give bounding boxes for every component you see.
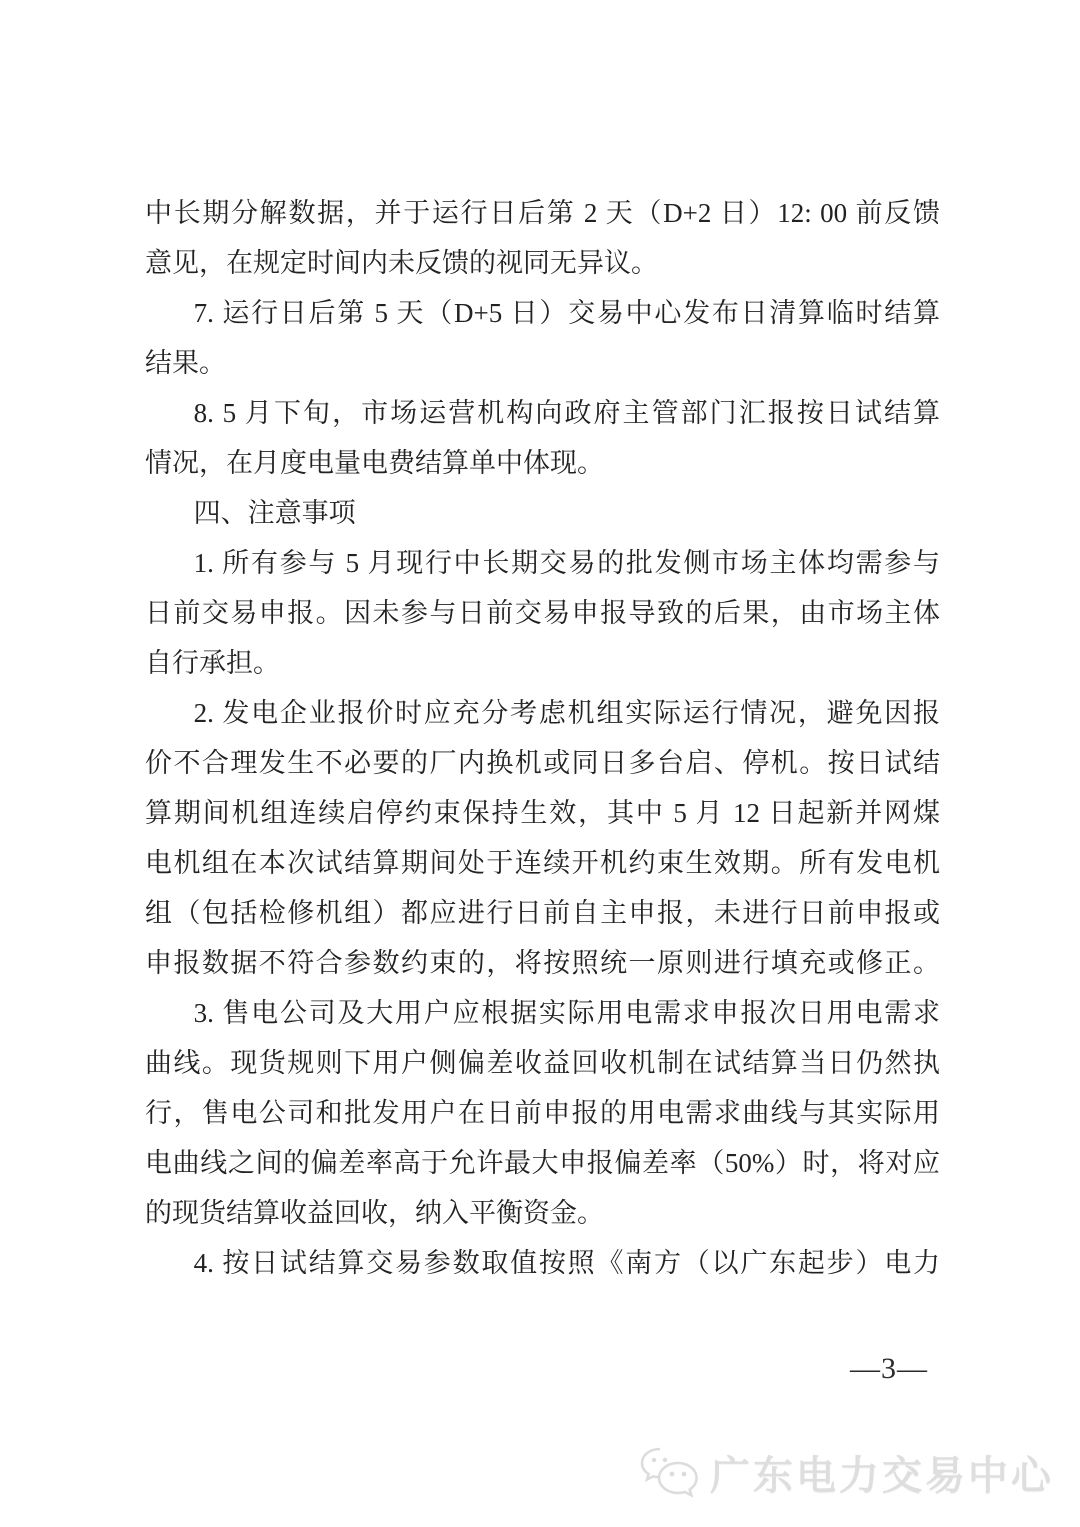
- text-line: 的现货结算收益回收，纳入平衡资金。: [145, 1188, 940, 1238]
- document-page: 中长期分解数据，并于运行日后第 2 天（D+2 日）12: 00 前反馈意见，在…: [0, 0, 1080, 1527]
- text-line: 四、注意事项: [145, 488, 940, 538]
- text-line: 意见，在规定时间内未反馈的视同无异议。: [145, 238, 940, 288]
- text-line: 曲线。现货规则下用户侧偏差收益回收机制在试结算当日仍然执: [145, 1038, 940, 1088]
- text-line: 1. 所有参与 5 月现行中长期交易的批发侧市场主体均需参与: [145, 538, 940, 588]
- text-line: 3. 售电公司及大用户应根据实际用电需求申报次日用电需求: [145, 988, 940, 1038]
- watermark-label: 广东电力交易中心: [710, 1444, 1054, 1501]
- text-line: 算期间机组连续启停约束保持生效，其中 5 月 12 日起新并网煤: [145, 788, 940, 838]
- footer-watermark: 广东电力交易中心: [638, 1444, 1054, 1501]
- text-line: 2. 发电企业报价时应充分考虑机组实际运行情况，避免因报: [145, 688, 940, 738]
- text-line: 组（包括检修机组）都应进行日前自主申报，未进行日前申报或: [145, 888, 940, 938]
- text-line: 结果。: [145, 338, 940, 388]
- text-line: 电曲线之间的偏差率高于允许最大申报偏差率（50%）时，将对应: [145, 1138, 940, 1188]
- wechat-icon: [638, 1446, 700, 1500]
- text-line: 4. 按日试结算交易参数取值按照《南方（以广东起步）电力: [145, 1238, 940, 1288]
- text-line: 7. 运行日后第 5 天（D+5 日）交易中心发布日清算临时结算: [145, 288, 940, 338]
- text-line: 日前交易申报。因未参与日前交易申报导致的后果，由市场主体: [145, 588, 940, 638]
- page-number: —3—: [145, 1352, 940, 1386]
- text-line: 自行承担。: [145, 638, 940, 688]
- text-line: 中长期分解数据，并于运行日后第 2 天（D+2 日）12: 00 前反馈: [145, 188, 940, 238]
- text-line: 电机组在本次试结算期间处于连续开机约束生效期。所有发电机: [145, 838, 940, 888]
- text-line: 申报数据不符合参数约束的，将按照统一原则进行填充或修正。: [145, 938, 940, 988]
- text-line: 8. 5 月下旬，市场运营机构向政府主管部门汇报按日试结算: [145, 388, 940, 438]
- document-body: 中长期分解数据，并于运行日后第 2 天（D+2 日）12: 00 前反馈意见，在…: [145, 188, 940, 1288]
- text-line: 价不合理发生不必要的厂内换机或同日多台启、停机。按日试结: [145, 738, 940, 788]
- text-line: 行，售电公司和批发用户在日前申报的用电需求曲线与其实际用: [145, 1088, 940, 1138]
- text-line: 情况，在月度电量电费结算单中体现。: [145, 438, 940, 488]
